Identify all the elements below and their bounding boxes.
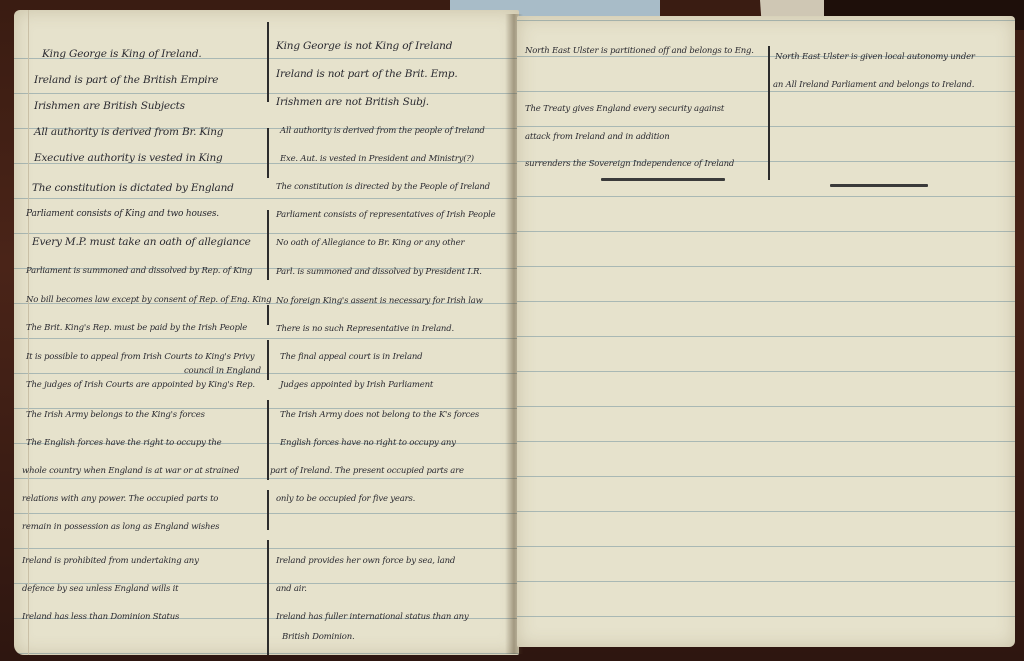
before-line-12: It is possible to appeal from Irish Cour…: [26, 352, 254, 362]
column-divider: [267, 340, 269, 380]
end-rule: [601, 178, 725, 181]
right-before-line-3: attack from Ireland and in addition: [525, 132, 670, 142]
before-line-2: Ireland is part of the British Empire: [34, 74, 218, 86]
before-line-11: The Brit. King's Rep. must be paid by th…: [26, 323, 247, 333]
after-line-10: No foreign King's assent is necessary fo…: [276, 296, 483, 306]
after-line-20: Ireland has fuller international status …: [276, 612, 468, 622]
column-divider: [267, 490, 269, 530]
after-line-12: The final appeal court is in Ireland: [280, 352, 422, 362]
before-line-17: relations with any power. The occupied p…: [22, 494, 218, 504]
column-divider: [768, 46, 770, 180]
before-line-20: defence by sea unless England wills it: [22, 584, 178, 594]
right-after-line-1: North East Ulster is given local autonom…: [775, 52, 975, 62]
column-divider: [267, 22, 269, 102]
after-line-1: King George is not King of Ireland: [276, 40, 452, 52]
column-divider: [267, 210, 269, 280]
before-line-10: No bill becomes law except by consent of…: [26, 295, 271, 305]
before-line-14: The Irish Army belongs to the King's for…: [26, 410, 205, 420]
column-divider: [267, 305, 269, 325]
before-line-13: The judges of Irish Courts are appointed…: [26, 380, 255, 390]
before-line-5: Executive authority is vested in King: [34, 152, 223, 164]
before-line-7: Parliament consists of King and two hous…: [26, 209, 219, 219]
column-divider: [267, 540, 269, 655]
before-line-3: Irishmen are British Subjects: [34, 100, 185, 112]
end-rule: [830, 184, 928, 187]
before-line-8: Every M.P. must take an oath of allegian…: [32, 236, 251, 248]
after-line-4: All authority is derived from the people…: [280, 126, 485, 136]
before-line-18: remain in possession as long as England …: [22, 522, 219, 532]
right-before-line-1: North East Ulster is partitioned off and…: [525, 46, 754, 56]
after-line-16: part of Ireland. The present occupied pa…: [270, 466, 464, 476]
after-line-2: Ireland is not part of the Brit. Emp.: [276, 68, 457, 80]
after-line-18: Ireland provides her own force by sea, l…: [276, 556, 455, 566]
column-divider: [267, 128, 269, 178]
before-line-16: whole country when England is at war or …: [22, 466, 239, 476]
after-line-8: No oath of Allegiance to Br. King or any…: [276, 238, 464, 248]
after-line-5: Exe. Aut. is vested in President and Min…: [280, 154, 474, 164]
right-before-line-4: surrenders the Sovereign Independence of…: [525, 159, 734, 169]
after-line-13: Judges appointed by Irish Parliament: [280, 380, 433, 390]
before-line-21: Ireland has less than Dominion Status: [22, 612, 179, 622]
before-line-19: Ireland is prohibited from undertaking a…: [22, 556, 199, 566]
before-line-9: Parliament is summoned and dissolved by …: [26, 266, 252, 276]
right-page: North East Ulster is partitioned off and…: [517, 16, 1015, 647]
before-line-6: The constitution is dictated by England: [32, 182, 234, 194]
after-line-9: Parl. is summoned and dissolved by Presi…: [276, 267, 482, 277]
after-line-14: The Irish Army does not belong to the K'…: [280, 410, 479, 420]
left-page: King George is King of Ireland. Ireland …: [14, 10, 519, 655]
after-line-3: Irishmen are not British Subj.: [276, 96, 429, 108]
right-after-line-2: an All Ireland Parliament and belongs to…: [773, 80, 974, 90]
before-line-1: King George is King of Ireland.: [42, 48, 202, 60]
after-line-7: Parliament consists of representatives o…: [276, 210, 495, 220]
after-line-15: English forces have no right to occupy a…: [280, 438, 456, 448]
after-line-19: and air.: [276, 584, 307, 594]
after-line-21: British Dominion.: [282, 632, 355, 642]
after-line-11: There is no such Representative in Irela…: [276, 324, 454, 334]
column-divider: [267, 400, 269, 480]
before-line-15: The English forces have the right to occ…: [26, 438, 221, 448]
after-line-17: only to be occupied for five years.: [276, 494, 415, 504]
before-line-4: All authority is derived from Br. King: [34, 126, 223, 138]
before-line-12b: council in England: [184, 366, 261, 376]
right-before-line-2: The Treaty gives England every security …: [525, 104, 724, 114]
after-line-6: The constitution is directed by the Peop…: [276, 182, 490, 192]
